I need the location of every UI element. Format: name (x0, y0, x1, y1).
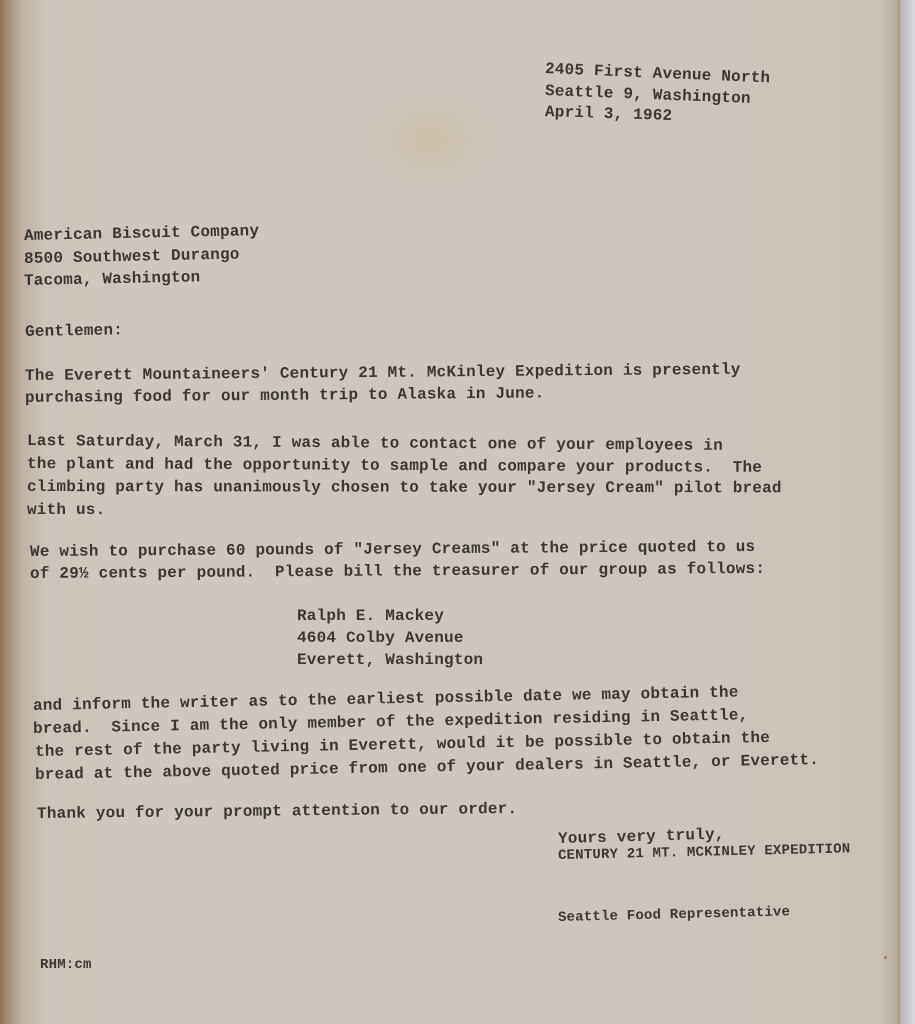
paragraph-2-line-2: the plant and had the opportunity to sam… (27, 455, 762, 477)
paper-speck (884, 956, 887, 959)
recipient-line-2: 8500 Southwest Durango (24, 245, 240, 268)
letter-date: April 3, 1962 (545, 103, 673, 125)
paragraph-5: Thank you for your prompt attention to o… (37, 800, 517, 823)
billing-city: Everett, Washington (297, 651, 483, 669)
salutation: Gentlemen: (25, 321, 123, 341)
paragraph-3-line-1: We wish to purchase 60 pounds of "Jersey… (30, 538, 755, 561)
paragraph-1-line-2: purchasing food for our month trip to Al… (25, 384, 545, 407)
paragraph-2-line-4: with us. (27, 501, 105, 519)
billing-name: Ralph E. Mackey (297, 607, 444, 625)
signer-title: Seattle Food Representative (558, 904, 791, 926)
recipient-line-3: Tacoma, Washington (24, 268, 201, 290)
billing-street: 4604 Colby Avenue (297, 629, 464, 647)
paragraph-2-line-3: climbing party has unanimously chosen to… (27, 478, 782, 497)
background-edge (900, 0, 915, 1024)
paragraph-3-line-2: of 29½ cents per pound. Please bill the … (30, 560, 765, 583)
paragraph-1-line-1: The Everett Mountaineers' Century 21 Mt.… (25, 361, 741, 385)
recipient-line-1: American Biscuit Company (24, 222, 260, 245)
letter-page: 2405 First Avenue North Seattle 9, Washi… (0, 0, 900, 1024)
reference-initials: RHM:cm (40, 957, 92, 973)
paragraph-2-line-1: Last Saturday, March 31, I was able to c… (27, 432, 723, 455)
